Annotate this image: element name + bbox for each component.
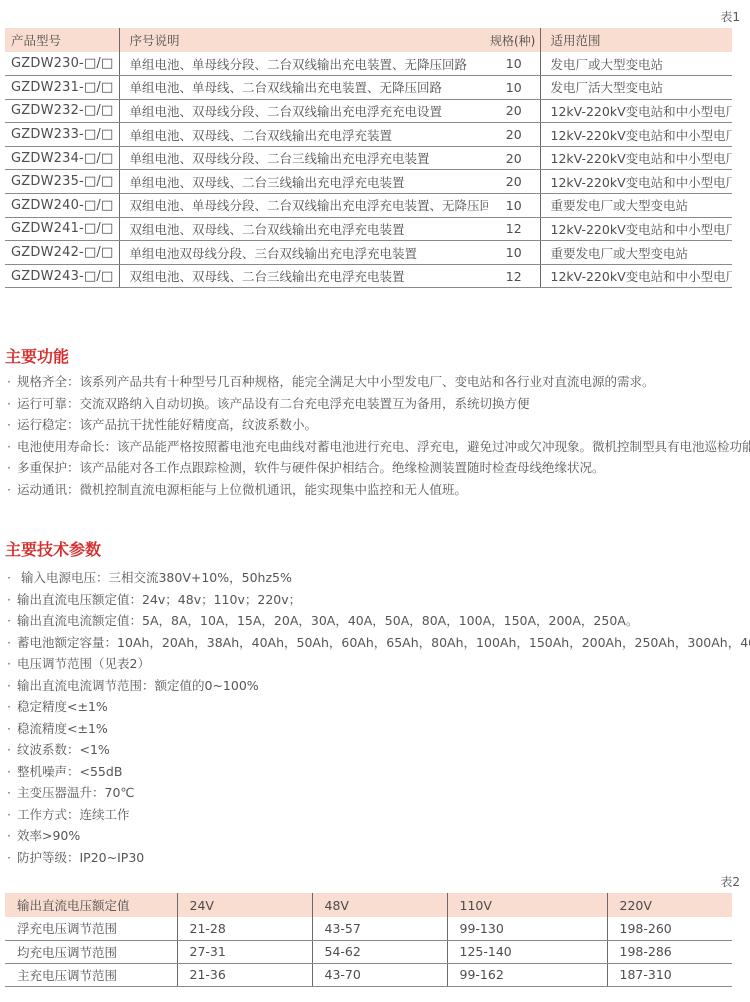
model-cell: GZDW242-□/□: [5, 241, 119, 265]
value-cell: 198-286: [607, 940, 732, 963]
table-row: 均充电压调节范围 27-31 54-62 125-140 198-286: [5, 940, 732, 963]
bullet-icon: ·: [7, 610, 17, 632]
list-item-text: 运行可靠：交流双路纳入自动切换。该产品设有二台充电浮充电装置互为备用，系统切换方…: [17, 396, 530, 411]
header-rated-voltage: 输出直流电压额定值: [5, 893, 177, 917]
table-header-row: 输出直流电压额定值 24V 48V 110V 220V: [5, 893, 732, 917]
scope-cell: 12kV-220kV变电站和中小型电厂: [540, 264, 732, 288]
table2-caption: 表2: [700, 873, 740, 890]
scope-cell: 12kV-220kV变电站和中小型电厂: [540, 123, 732, 147]
list-item: ·运动通讯：微机控制直流电源柜能与上位微机通讯，能实现集中监控和无人值班。: [7, 479, 750, 501]
list-item-text: 输出直流电流额定值：5A，8A，10A，15A，20A，30A，40A，50A，…: [17, 613, 638, 628]
list-item: ·规格齐全：该系列产品共有十种型号几百种规格，能完全满足大中小型发电厂、变电站和…: [7, 371, 750, 393]
count-cell: 10: [488, 194, 540, 218]
scope-cell: 12kV-220kV变电站和中小型电厂: [540, 170, 732, 194]
table-row: GZDW234-□/□ 单组电池、双母线分段、二台三线输出充电浮充电装置 20 …: [5, 146, 732, 170]
value-cell: 21-28: [177, 917, 312, 940]
bullet-icon: ·: [7, 825, 17, 847]
list-item-text: 多重保护：该产品能对各工作点跟踪检测，软件与硬件保护相结合。绝缘检测装置随时检查…: [17, 460, 605, 475]
list-item: ·防护等级：IP20~IP30: [7, 847, 750, 869]
scope-cell: 发电厂或大型变电站: [540, 52, 732, 76]
list-item-text: 防护等级：IP20~IP30: [17, 850, 144, 865]
list-item-text: 整机噪声：<55dB: [17, 764, 122, 779]
scope-cell: 重要发电厂或大型变电站: [540, 194, 732, 218]
bullet-icon: ·: [7, 371, 17, 393]
count-cell: 10: [488, 241, 540, 265]
model-cell: GZDW233-□/□: [5, 123, 119, 147]
header-scope: 适用范围: [540, 28, 732, 52]
table-row: GZDW235-□/□ 单组电池、双母线、二台三线输出充电浮充电装置 20 12…: [5, 170, 732, 194]
bullet-icon: ·: [7, 414, 17, 436]
description-cell: 单组电池、双母线分段、二台双线输出充电浮充充电设置: [119, 99, 488, 123]
list-item-text: 稳流精度<±1%: [17, 721, 108, 736]
table-row: GZDW231-□/□ 单组电池、单母线、二台双线输出充电装置、无降压回路 10…: [5, 76, 732, 100]
count-cell: 20: [488, 146, 540, 170]
list-item-text: 蓄电池额定容量：10Ah，20Ah，38Ah，40Ah，50Ah，60Ah，65…: [17, 635, 750, 650]
list-item-text: 电池使用寿命长：该产品能严格按照蓄电池充电曲线对蓄电池进行充电、浮充电，避免过冲…: [17, 439, 750, 454]
description-cell: 单组电池、双母线、二台双线输出充电浮充装置: [119, 123, 488, 147]
row-label: 浮充电压调节范围: [5, 917, 177, 940]
model-cell: GZDW235-□/□: [5, 170, 119, 194]
list-item: ·输出直流电流额定值：5A，8A，10A，15A，20A，30A，40A，50A…: [7, 610, 750, 632]
list-item: ·工作方式：连续工作: [7, 804, 750, 826]
count-cell: 10: [488, 76, 540, 100]
bullet-icon: ·: [7, 696, 17, 718]
header-220v: 220V: [607, 893, 732, 917]
list-item-text: 输出直流电压额定值：24v；48v；110v；220v；: [17, 592, 301, 607]
bullet-icon: ·: [7, 589, 17, 611]
list-item: ·主变压器温升：70℃: [7, 782, 750, 804]
scope-cell: 重要发电厂或大型变电站: [540, 241, 732, 265]
table-row: GZDW241-□/□ 双组电池、双母线、二台双线输出充电浮充电装置 12 12…: [5, 217, 732, 241]
header-spec-count: 规格(种): [488, 28, 540, 52]
header-description: 序号说明: [119, 28, 488, 52]
section-title-functions: 主要功能: [5, 344, 69, 367]
list-item: ·运行稳定：该产品抗干扰性能好精度高，纹波系数小。: [7, 414, 750, 436]
list-item: ·稳流精度<±1%: [7, 718, 750, 740]
list-item: ·电池使用寿命长：该产品能严格按照蓄电池充电曲线对蓄电池进行充电、浮充电，避免过…: [7, 436, 750, 458]
bullet-icon: ·: [7, 632, 17, 654]
count-cell: 20: [488, 170, 540, 194]
table-row: 主充电压调节范围 21-36 43-70 99-162 187-310: [5, 963, 732, 986]
value-cell: 99-162: [447, 963, 607, 986]
scope-cell: 12kV-220kV变电站和中小型电厂: [540, 217, 732, 241]
list-item: ·运行可靠：交流双路纳入自动切换。该产品设有二台充电浮充电装置互为备用，系统切换…: [7, 393, 750, 415]
header-110v: 110V: [447, 893, 607, 917]
count-cell: 12: [488, 217, 540, 241]
row-label: 主充电压调节范围: [5, 963, 177, 986]
bullet-icon: ·: [7, 718, 17, 740]
list-item: · 输入电源电压：三相交流380V+10%，50hz5%: [7, 567, 750, 589]
bullet-icon: ·: [7, 847, 17, 869]
scope-cell: 发电厂活大型变电站: [540, 76, 732, 100]
value-cell: 21-36: [177, 963, 312, 986]
section-title-parameters: 主要技术参数: [5, 537, 101, 560]
header-24v: 24V: [177, 893, 312, 917]
bullet-icon: ·: [7, 653, 17, 675]
bullet-icon: ·: [7, 436, 17, 458]
list-item-text: 纹波系数：<1%: [17, 742, 110, 757]
list-item: ·整机噪声：<55dB: [7, 761, 750, 783]
list-item: ·蓄电池额定容量：10Ah，20Ah，38Ah，40Ah，50Ah，60Ah，6…: [7, 632, 750, 654]
table-row: GZDW233-□/□ 单组电池、双母线、二台双线输出充电浮充装置 20 12k…: [5, 123, 732, 147]
parameters-list: · 输入电源电压：三相交流380V+10%，50hz5% ·输出直流电压额定值：…: [7, 567, 750, 868]
table-row: GZDW242-□/□ 单组电池双母线分段、三台双线输出充电浮充电装置 10 重…: [5, 241, 732, 265]
bullet-icon: ·: [7, 761, 17, 783]
header-48v: 48V: [312, 893, 447, 917]
value-cell: 54-62: [312, 940, 447, 963]
description-cell: 单组电池、单母线、二台双线输出充电装置、无降压回路: [119, 76, 488, 100]
description-cell: 单组电池双母线分段、三台双线输出充电浮充电装置: [119, 241, 488, 265]
bullet-icon: ·: [7, 804, 17, 826]
value-cell: 43-70: [312, 963, 447, 986]
model-cell: GZDW240-□/□: [5, 194, 119, 218]
bullet-icon: ·: [7, 479, 17, 501]
value-cell: 187-310: [607, 963, 732, 986]
table-row: 浮充电压调节范围 21-28 43-57 99-130 198-260: [5, 917, 732, 940]
functions-list: ·规格齐全：该系列产品共有十种型号几百种规格，能完全满足大中小型发电厂、变电站和…: [7, 371, 750, 500]
bullet-icon: ·: [7, 675, 17, 697]
count-cell: 20: [488, 99, 540, 123]
value-cell: 27-31: [177, 940, 312, 963]
count-cell: 10: [488, 52, 540, 76]
list-item-text: 输出直流电流调节范围：额定值的0~100%: [17, 678, 259, 693]
list-item-text: 效率>90%: [17, 828, 80, 843]
header-model: 产品型号: [5, 28, 119, 52]
list-item-text: 输入电源电压：三相交流380V+10%，50hz5%: [17, 570, 292, 585]
list-item-text: 运动通讯：微机控制直流电源柜能与上位微机通讯，能实现集中监控和无人值班。: [17, 482, 467, 497]
bullet-icon: ·: [7, 457, 17, 479]
list-item-text: 稳定精度<±1%: [17, 699, 108, 714]
table-row: GZDW243-□/□ 双组电池、双母线、二台三线输出充电浮充电装置 12 12…: [5, 264, 732, 288]
model-cell: GZDW231-□/□: [5, 76, 119, 100]
list-item: ·输出直流电压额定值：24v；48v；110v；220v；: [7, 589, 750, 611]
count-cell: 20: [488, 123, 540, 147]
voltage-range-table: 输出直流电压额定值 24V 48V 110V 220V 浮充电压调节范围 21-…: [5, 893, 732, 987]
description-cell: 双组电池、单母线分段、二台双线输出充电浮充电装置、无降压回路: [119, 194, 488, 218]
table1-caption: 表1: [700, 8, 740, 25]
list-item-text: 运行稳定：该产品抗干扰性能好精度高，纹波系数小。: [17, 417, 317, 432]
list-item-text: 工作方式：连续工作: [17, 807, 130, 822]
table-row: GZDW240-□/□ 双组电池、单母线分段、二台双线输出充电浮充电装置、无降压…: [5, 194, 732, 218]
description-cell: 双组电池、双母线、二台三线输出充电浮充电装置: [119, 264, 488, 288]
list-item-text: 规格齐全：该系列产品共有十种型号几百种规格，能完全满足大中小型发电厂、变电站和各…: [17, 374, 655, 389]
value-cell: 125-140: [447, 940, 607, 963]
bullet-icon: ·: [7, 739, 17, 761]
bullet-icon: ·: [7, 567, 17, 589]
count-cell: 12: [488, 264, 540, 288]
description-cell: 双组电池、双母线、二台双线输出充电浮充电装置: [119, 217, 488, 241]
model-cell: GZDW232-□/□: [5, 99, 119, 123]
list-item: ·纹波系数：<1%: [7, 739, 750, 761]
bullet-icon: ·: [7, 393, 17, 415]
description-cell: 单组电池、双母线分段、二台三线输出充电浮充电装置: [119, 146, 488, 170]
scope-cell: 12kV-220kV变电站和中小型电厂: [540, 99, 732, 123]
list-item: ·稳定精度<±1%: [7, 696, 750, 718]
model-cell: GZDW234-□/□: [5, 146, 119, 170]
list-item: ·电压调节范围（见表2）: [7, 653, 750, 675]
value-cell: 43-57: [312, 917, 447, 940]
bullet-icon: ·: [7, 782, 17, 804]
row-label: 均充电压调节范围: [5, 940, 177, 963]
model-cell: GZDW243-□/□: [5, 264, 119, 288]
list-item: ·效率>90%: [7, 825, 750, 847]
description-cell: 单组电池、单母线分段、二台双线输出充电装置、无降压回路: [119, 52, 488, 76]
list-item-text: 主变压器温升：70℃: [17, 785, 134, 800]
value-cell: 198-260: [607, 917, 732, 940]
list-item-text: 电压调节范围（见表2）: [17, 656, 150, 671]
table-row: GZDW230-□/□ 单组电池、单母线分段、二台双线输出充电装置、无降压回路 …: [5, 52, 732, 76]
model-cell: GZDW230-□/□: [5, 52, 119, 76]
list-item: ·多重保护：该产品能对各工作点跟踪检测，软件与硬件保护相结合。绝缘检测装置随时检…: [7, 457, 750, 479]
description-cell: 单组电池、双母线、二台三线输出充电浮充电装置: [119, 170, 488, 194]
scope-cell: 12kV-220kV变电站和中小型电厂: [540, 146, 732, 170]
model-cell: GZDW241-□/□: [5, 217, 119, 241]
list-item: ·输出直流电流调节范围：额定值的0~100%: [7, 675, 750, 697]
value-cell: 99-130: [447, 917, 607, 940]
product-model-table: 产品型号 序号说明 规格(种) 适用范围 GZDW230-□/□ 单组电池、单母…: [5, 28, 732, 288]
table-header-row: 产品型号 序号说明 规格(种) 适用范围: [5, 28, 732, 52]
table-row: GZDW232-□/□ 单组电池、双母线分段、二台双线输出充电浮充充电设置 20…: [5, 99, 732, 123]
